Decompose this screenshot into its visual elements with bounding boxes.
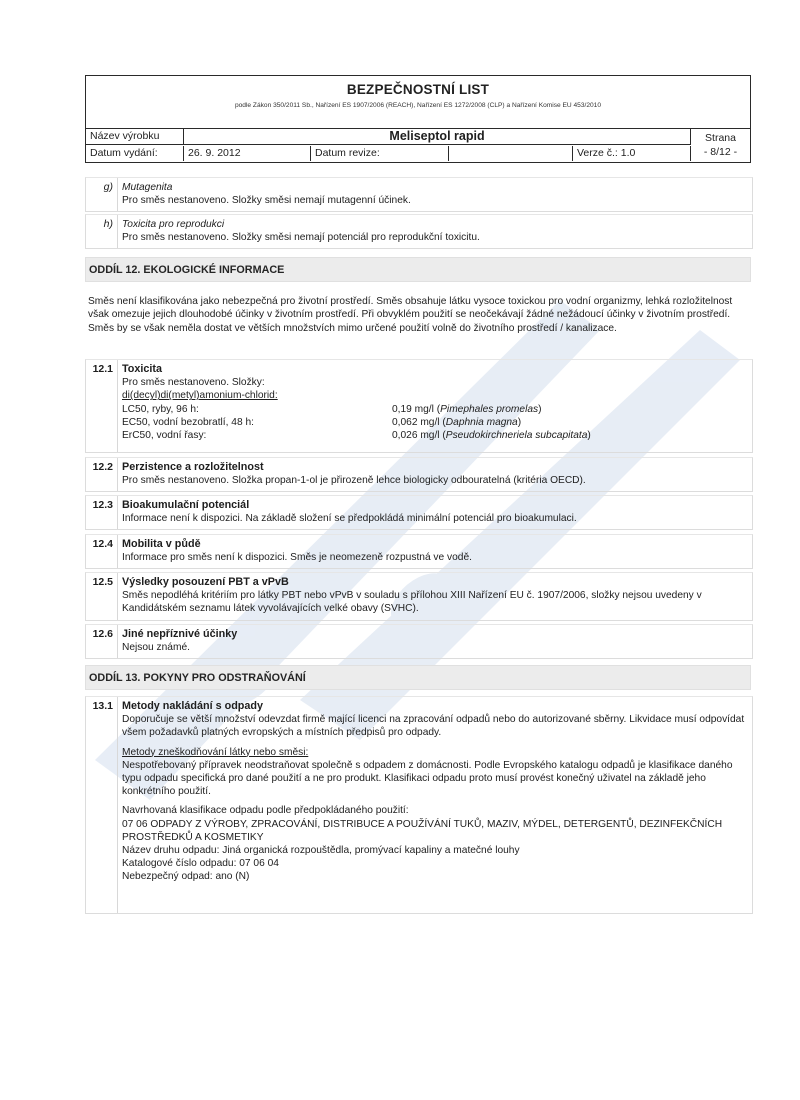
subsection-title: Bioakumulační potenciál — [122, 499, 746, 512]
subsection-title: Jiné nepříznivé účinky — [122, 628, 746, 641]
page-indicator: Strana - 8/12 - — [691, 129, 750, 162]
paren-close: ) — [518, 417, 521, 428]
subsection-12-5-pbt: 12.5 Výsledky posouzení PBT a vPvB Směs … — [85, 572, 753, 621]
subsection-title: Perzistence a rozložitelnost — [122, 461, 746, 474]
waste-type: Název druhu odpadu: Jiná organická rozpo… — [122, 844, 746, 857]
subsection-12-4-mobility: 12.4 Mobilita v půdě Informace pro směs … — [85, 534, 753, 569]
product-label: Název výrobku — [86, 129, 184, 145]
hazardous-waste: Nebezpečný odpad: ano (N) — [122, 870, 746, 883]
subsection-title: Metody nakládání s odpady — [122, 700, 746, 713]
species-name: Pimephales promelas — [440, 404, 538, 415]
toxicity-value: 0,062 mg/l ( — [392, 417, 446, 428]
paren-close: ) — [538, 404, 541, 415]
subsection-number: 12.3 — [86, 496, 118, 529]
subsection-text: Pro směs nestanoveno. Složka propan-1-ol… — [122, 474, 746, 487]
paren-close: ) — [587, 430, 590, 441]
substance-name: di(decyl)di(metyl)amonium-chlorid: — [122, 389, 746, 402]
version: Verze č.: 1.0 — [573, 146, 691, 161]
subsection-number: 12.1 — [86, 360, 118, 452]
toxicity-row: EC50, vodní bezobratlí, 48 h: 0,062 mg/l… — [122, 416, 746, 429]
toxicity-label: EC50, vodní bezobratlí, 48 h: — [122, 416, 392, 429]
subsection-title: Toxicita pro reprodukci — [122, 218, 746, 231]
subsection-title: Mutagenita — [122, 181, 746, 194]
product-name: Meliseptol rapid — [184, 129, 691, 145]
toxicity-label: ErC50, vodní řasy: — [122, 429, 392, 442]
issue-date-label: Datum vydání: — [86, 146, 184, 161]
section-12-heading: ODDÍL 12. EKOLOGICKÉ INFORMACE — [85, 257, 751, 282]
page-label: Strana — [695, 131, 746, 145]
subsection-text: Pro směs nestanoveno. Složky: — [122, 376, 746, 389]
subsection-number: h) — [86, 215, 118, 248]
subsection-number: 12.4 — [86, 535, 118, 568]
section-13-heading: ODDÍL 13. POKYNY PRO ODSTRAŇOVÁNÍ — [85, 665, 751, 690]
toxicity-value: 0,19 mg/l ( — [392, 404, 440, 415]
toxicity-row: LC50, ryby, 96 h: 0,19 mg/l (Pimephales … — [122, 403, 746, 416]
subsection-number: 12.6 — [86, 625, 118, 658]
classification-intro: Navrhovaná klasifikace odpadu podle před… — [122, 804, 746, 817]
subsection-number: 12.5 — [86, 573, 118, 620]
subsection-number: 13.1 — [86, 697, 118, 913]
subsection-reproductive-toxicity: h) Toxicita pro reprodukci Pro směs nest… — [85, 214, 753, 249]
subsection-text: Informace pro směs není k dispozici. Smě… — [122, 551, 746, 564]
waste-classification: 07 06 ODPADY Z VÝROBY, ZPRACOVÁNÍ, DISTR… — [122, 818, 746, 844]
page-number: - 8/12 - — [695, 145, 746, 159]
section-12-intro: Směs není klasifikována jako nebezpečná … — [85, 295, 751, 335]
toxicity-row: ErC50, vodní řasy: 0,026 mg/l (Pseudokir… — [122, 429, 746, 442]
subsection-text: Pro směs nestanoveno. Složky směsi nemaj… — [122, 231, 746, 244]
species-name: Daphnia magna — [446, 417, 518, 428]
subsection-text: Směs nepodléhá kritériím pro látky PBT n… — [122, 589, 746, 615]
subsection-title: Výsledky posouzení PBT a vPvB — [122, 576, 746, 589]
revision-date-label: Datum revize: — [311, 146, 449, 161]
issue-date: 26. 9. 2012 — [184, 146, 311, 161]
disposal-methods-heading: Metody zneškodňování látky nebo směsi: — [122, 746, 746, 759]
revision-date — [449, 146, 573, 161]
subsection-number: g) — [86, 178, 118, 211]
subsection-title: Toxicita — [122, 363, 746, 376]
subsection-text: Doporučuje se větší množství odevzdat fi… — [122, 713, 746, 739]
document-header: BEZPEČNOSTNÍ LIST podle Zákon 350/2011 S… — [85, 75, 751, 163]
waste-catalog-number: Katalogové číslo odpadu: 07 06 04 — [122, 857, 746, 870]
disposal-methods-text: Nespotřebovaný přípravek neodstraňovat s… — [122, 759, 746, 799]
document-title: BEZPEČNOSTNÍ LIST — [86, 76, 750, 97]
toxicity-label: LC50, ryby, 96 h: — [122, 403, 392, 416]
subsection-mutagenicity: g) Mutagenita Pro směs nestanoveno. Slož… — [85, 177, 753, 212]
subsection-title: Mobilita v půdě — [122, 538, 746, 551]
document-legal-subtitle: podle Zákon 350/2011 Sb., Nařízení ES 19… — [86, 102, 750, 109]
document-page: BEZPEČNOSTNÍ LIST podle Zákon 350/2011 S… — [85, 75, 751, 163]
subsection-number: 12.2 — [86, 458, 118, 491]
species-name: Pseudokirchneriela subcapitata — [446, 430, 588, 441]
subsection-12-2-persistence: 12.2 Perzistence a rozložitelnost Pro sm… — [85, 457, 753, 492]
subsection-text: Informace není k dispozici. Na základě s… — [122, 512, 746, 525]
subsection-13-1-waste-methods: 13.1 Metody nakládání s odpady Doporučuj… — [85, 696, 753, 914]
subsection-text: Nejsou známé. — [122, 641, 746, 654]
subsection-12-3-bioaccumulation: 12.3 Bioakumulační potenciál Informace n… — [85, 495, 753, 530]
subsection-12-6-other-effects: 12.6 Jiné nepříznivé účinky Nejsou známé… — [85, 624, 753, 659]
subsection-text: Pro směs nestanoveno. Složky směsi nemaj… — [122, 194, 746, 207]
toxicity-value: 0,026 mg/l ( — [392, 430, 446, 441]
subsection-12-1-toxicity: 12.1 Toxicita Pro směs nestanoveno. Slož… — [85, 359, 753, 453]
